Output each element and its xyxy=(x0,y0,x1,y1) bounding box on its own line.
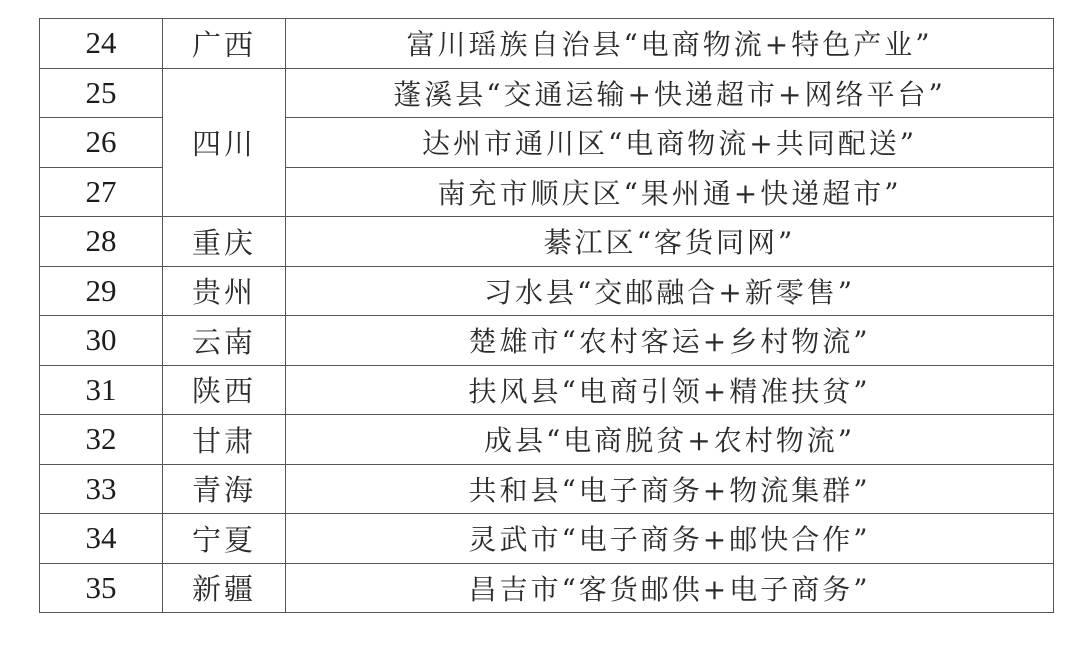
project-cell: 楚雄市“农村客运+乡村物流” xyxy=(286,316,1054,366)
row-index: 24 xyxy=(40,19,163,69)
project-cell: 綦江区“客货同网” xyxy=(286,217,1054,267)
project-cell: 共和县“电子商务+物流集群” xyxy=(286,464,1054,514)
table-row: 24 广西 富川瑶族自治县“电商物流+特色产业” xyxy=(40,19,1054,69)
table-row: 28 重庆 綦江区“客货同网” xyxy=(40,217,1054,267)
row-index: 31 xyxy=(40,365,163,415)
table-row: 31 陕西 扶风县“电商引领+精准扶贫” xyxy=(40,365,1054,415)
province-cell: 宁夏 xyxy=(163,514,286,564)
row-index: 26 xyxy=(40,118,163,168)
table-row: 34 宁夏 灵武市“电子商务+邮快合作” xyxy=(40,514,1054,564)
row-index: 25 xyxy=(40,68,163,118)
table-row: 35 新疆 昌吉市“客货邮供+电子商务” xyxy=(40,563,1054,613)
province-cell: 新疆 xyxy=(163,563,286,613)
province-cell-merged: 四川 xyxy=(163,68,286,217)
table-row: 32 甘肃 成县“电商脱贫+农村物流” xyxy=(40,415,1054,465)
row-index: 29 xyxy=(40,266,163,316)
project-cell: 成县“电商脱贫+农村物流” xyxy=(286,415,1054,465)
table-row: 33 青海 共和县“电子商务+物流集群” xyxy=(40,464,1054,514)
province-cell: 贵州 xyxy=(163,266,286,316)
project-cell: 扶风县“电商引领+精准扶贫” xyxy=(286,365,1054,415)
row-index: 35 xyxy=(40,563,163,613)
project-cell: 昌吉市“客货邮供+电子商务” xyxy=(286,563,1054,613)
project-cell: 富川瑶族自治县“电商物流+特色产业” xyxy=(286,19,1054,69)
province-cell: 云南 xyxy=(163,316,286,366)
province-cell: 广西 xyxy=(163,19,286,69)
project-cell: 达州市通川区“电商物流+共同配送” xyxy=(286,118,1054,168)
project-cell: 蓬溪县“交通运输+快递超市+网络平台” xyxy=(286,68,1054,118)
project-cell: 灵武市“电子商务+邮快合作” xyxy=(286,514,1054,564)
province-cell: 重庆 xyxy=(163,217,286,267)
project-cell: 习水县“交邮融合+新零售” xyxy=(286,266,1054,316)
province-cell: 陕西 xyxy=(163,365,286,415)
row-index: 34 xyxy=(40,514,163,564)
document-page: 24 广西 富川瑶族自治县“电商物流+特色产业” 25 四川 蓬溪县“交通运输+… xyxy=(0,0,1080,662)
province-cell: 青海 xyxy=(163,464,286,514)
province-cell: 甘肃 xyxy=(163,415,286,465)
project-list-table: 24 广西 富川瑶族自治县“电商物流+特色产业” 25 四川 蓬溪县“交通运输+… xyxy=(39,18,1054,613)
project-cell: 南充市顺庆区“果州通+快递超市” xyxy=(286,167,1054,217)
row-index: 27 xyxy=(40,167,163,217)
table-row: 30 云南 楚雄市“农村客运+乡村物流” xyxy=(40,316,1054,366)
row-index: 32 xyxy=(40,415,163,465)
row-index: 30 xyxy=(40,316,163,366)
table-row: 29 贵州 习水县“交邮融合+新零售” xyxy=(40,266,1054,316)
row-index: 28 xyxy=(40,217,163,267)
table-row: 25 四川 蓬溪县“交通运输+快递超市+网络平台” xyxy=(40,68,1054,118)
row-index: 33 xyxy=(40,464,163,514)
